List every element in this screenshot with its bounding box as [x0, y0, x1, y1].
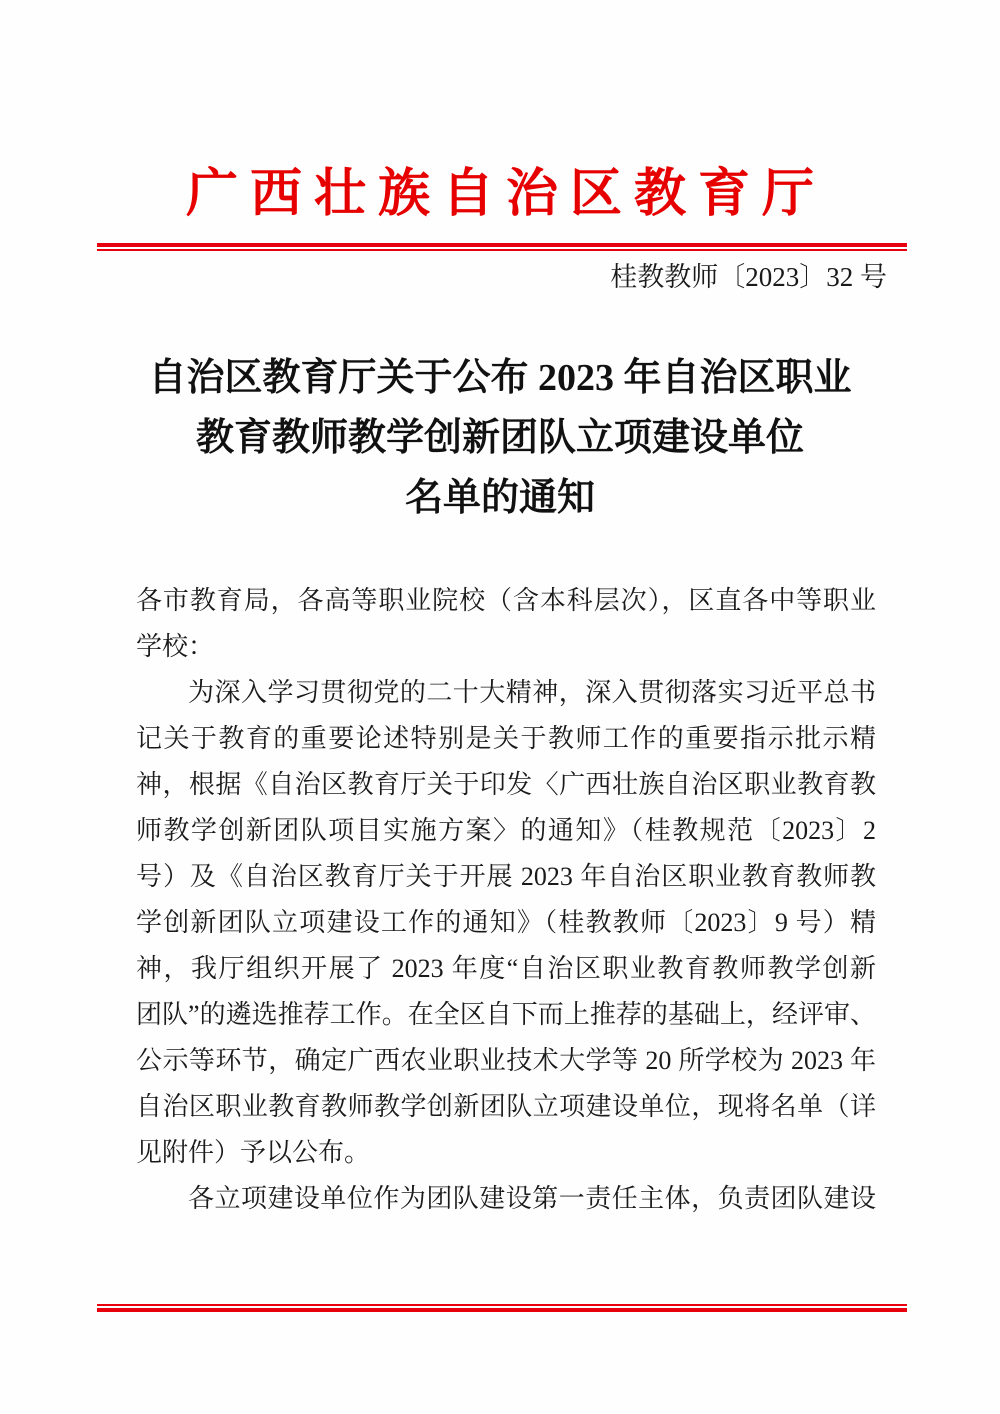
body-line: 记关于教育的重要论述特别是关于教师工作的重要指示批示精 — [136, 716, 876, 762]
document-reference-number: 桂教教师〔2023〕32 号 — [610, 260, 887, 294]
body-paragraph-start: 为深入学习贯彻党的二十大精神，深入贯彻落实习近平总书 — [136, 670, 876, 716]
body-line: 各市教育局，各高等职业院校（含本科层次），区直各中等职业 — [136, 578, 876, 624]
letterhead-double-rule — [97, 243, 907, 251]
notice-title-line-3: 名单的通知 — [0, 468, 1000, 528]
body-line: 公示等环节，确定广西农业职业技术大学等 20 所学校为 2023 年 — [136, 1038, 876, 1084]
body-line: 自治区职业教育教师教学创新团队立项建设单位，现将名单（详 — [136, 1084, 876, 1130]
body-line: 神，我厅组织开展了 2023 年度“自治区职业教育教师教学创新 — [136, 946, 876, 992]
notice-title-line-1: 自治区教育厅关于公布 2023 年自治区职业 — [0, 348, 1000, 408]
body-line: 学校： — [136, 624, 876, 670]
body-line: 号）及《自治区教育厅关于开展 2023 年自治区职业教育教师教 — [136, 854, 876, 900]
body-line: 神，根据《自治区教育厅关于印发〈广西壮族自治区职业教育教 — [136, 762, 876, 808]
footer-double-rule — [97, 1304, 907, 1312]
official-notice-page: 广西壮族自治区教育厅 桂教教师〔2023〕32 号 自治区教育厅关于公布 202… — [0, 0, 1000, 1414]
body-line: 见附件）予以公布。 — [136, 1130, 876, 1176]
body-line: 学创新团队立项建设工作的通知》（桂教教师〔2023〕9 号）精 — [136, 900, 876, 946]
notice-body: 各市教育局，各高等职业院校（含本科层次），区直各中等职业 学校： 为深入学习贯彻… — [136, 578, 876, 1222]
notice-title-line-2: 教育教师教学创新团队立项建设单位 — [0, 408, 1000, 468]
letterhead-org-name: 广西壮族自治区教育厅 — [0, 162, 1000, 228]
body-line: 师教学创新团队项目实施方案〉的通知》（桂教规范〔2023〕2 — [136, 808, 876, 854]
notice-title: 自治区教育厅关于公布 2023 年自治区职业 教育教师教学创新团队立项建设单位 … — [0, 348, 1000, 528]
body-line: 团队”的遴选推荐工作。在全区自下而上推荐的基础上，经评审、 — [136, 992, 876, 1038]
body-paragraph-start: 各立项建设单位作为团队建设第一责任主体，负责团队建设 — [136, 1176, 876, 1222]
